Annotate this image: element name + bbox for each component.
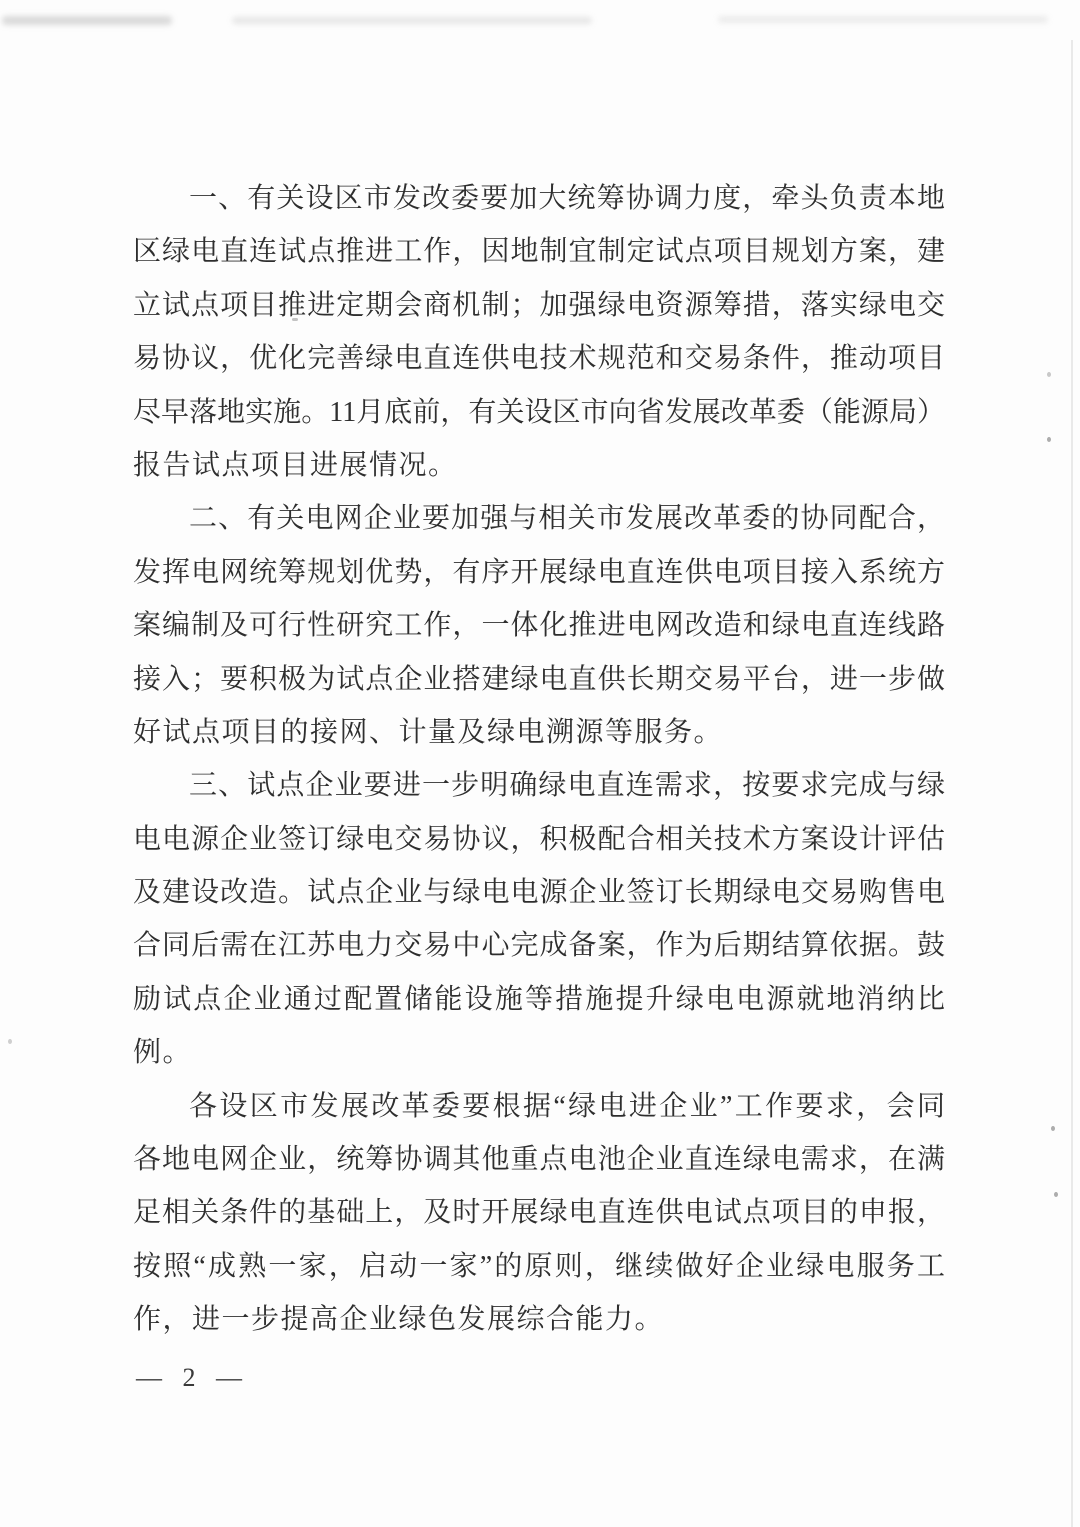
document-page: 一、有关设区市发改委要加大统筹协调力度，牵头负责本地 区绿电直连试点推进工作，因…: [0, 0, 1080, 1527]
scan-smudge: [2, 16, 172, 25]
text-line: 足相关条件的基础上，及时开展绿电直连供电试点项目的申报，: [133, 1186, 945, 1239]
text-line: 易协议，优化完善绿电直连供电技术规范和交易条件，推动项目: [133, 332, 945, 385]
text-line: 电电源企业签订绿电交易协议，积极配合相关技术方案设计评估: [133, 813, 945, 866]
text-line: 好试点项目的接网、计量及绿电溯源等服务。: [133, 706, 945, 759]
scan-smudge: [232, 17, 592, 24]
scan-speck: [1054, 1192, 1058, 1197]
scan-smudge: [718, 16, 1048, 23]
page-number: — 2 —: [136, 1356, 246, 1400]
text-line: 尽早落地实施。11月底前，有关设区市向省发展改革委（能源局）: [133, 386, 945, 439]
text-line: 例。: [133, 1026, 945, 1079]
scan-speck: [1047, 437, 1051, 442]
text-line: 各设区市发展改革委要根据“绿电进企业”工作要求，会同: [133, 1080, 945, 1133]
text-line: 接入；要积极为试点企业搭建绿电直供长期交易平台，进一步做: [133, 653, 945, 706]
text-line: 立试点项目推进定期会商机制；加强绿电资源筹措，落实绿电交: [133, 279, 945, 332]
scan-edge-shadow: [1071, 40, 1073, 1527]
text-line: 报告试点项目进展情况。: [133, 439, 945, 492]
text-line: 区绿电直连试点推进工作，因地制宜制定试点项目规划方案，建: [133, 225, 945, 278]
scan-speck: [8, 1039, 12, 1044]
text-line: 三、试点企业要进一步明确绿电直连需求，按要求完成与绿: [133, 759, 945, 812]
text-line: 作，进一步提高企业绿色发展综合能力。: [133, 1293, 945, 1346]
text-line: 按照“成熟一家，启动一家”的原则，继续做好企业绿电服务工: [133, 1240, 945, 1293]
text-line: 二、有关电网企业要加强与相关市发展改革委的协同配合，: [133, 492, 945, 545]
text-line: 合同后需在江苏电力交易中心完成备案，作为后期结算依据。鼓: [133, 919, 945, 972]
text-line: 案编制及可行性研究工作，一体化推进电网改造和绿电直连线路: [133, 599, 945, 652]
text-line: 一、有关设区市发改委要加大统筹协调力度，牵头负责本地: [133, 172, 945, 225]
text-line: 各地电网企业，统筹协调其他重点电池企业直连绿电需求，在满: [133, 1133, 945, 1186]
text-line: 发挥电网统筹规划优势，有序开展绿电直连供电项目接入系统方: [133, 546, 945, 599]
scan-speck: [1051, 1126, 1055, 1131]
text-line: 励试点企业通过配置储能设施等措施提升绿电电源就地消纳比: [133, 973, 945, 1026]
scan-speck: [1047, 372, 1051, 377]
document-body: 一、有关设区市发改委要加大统筹协调力度，牵头负责本地 区绿电直连试点推进工作，因…: [133, 172, 945, 1347]
text-line: 及建设改造。试点企业与绿电电源企业签订长期绿电交易购售电: [133, 866, 945, 919]
